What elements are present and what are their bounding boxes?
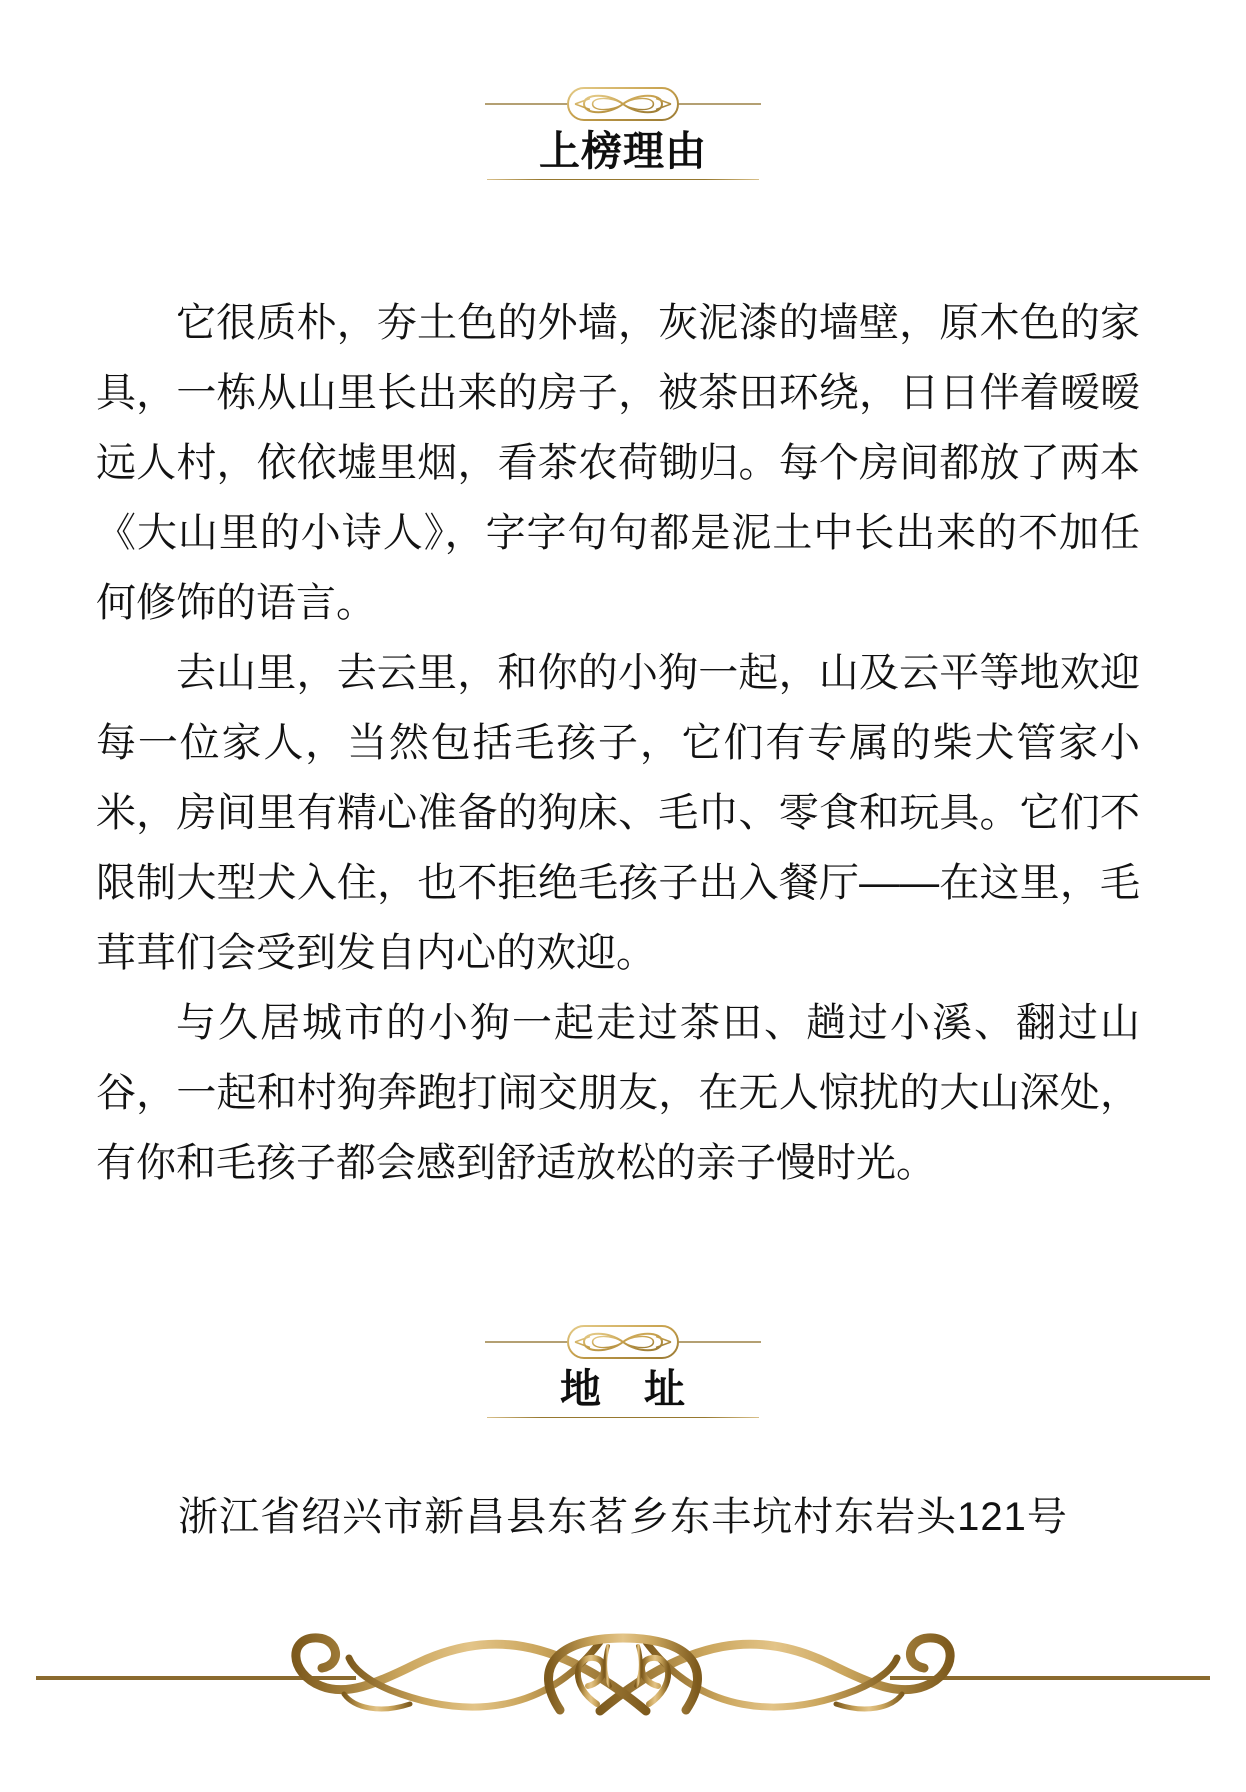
reason-section-title: 上榜理由 xyxy=(0,128,1246,174)
flourish-icon xyxy=(0,1616,1246,1732)
knot-ornament-icon xyxy=(483,82,763,126)
address-section-title: 地 址 xyxy=(0,1366,1246,1412)
reason-paragraph-2: 去山里，去云里，和你的小狗一起，山及云平等地欢迎每一位家人，当然包括毛孩子，它们… xyxy=(96,638,1140,988)
page-container: 上榜理由 它很质朴，夯土色的外墙，灰泥漆的墙壁，原木色的家具，一栋从山里长出来的… xyxy=(0,0,1246,1792)
reason-article: 它很质朴，夯土色的外墙，灰泥漆的墙壁，原木色的家具，一栋从山里长出来的房子，被茶… xyxy=(96,288,1140,1198)
knot-ornament-icon xyxy=(483,1320,763,1364)
gold-underline xyxy=(487,179,759,180)
reason-paragraph-3: 与久居城市的小狗一起走过茶田、趟过小溪、翻过山谷，一起和村狗奔跑打闹交朋友，在无… xyxy=(96,988,1140,1198)
address-section-header: 地 址 xyxy=(0,1320,1246,1418)
address-text: 浙江省绍兴市新昌县东茗乡东丰坑村东岩头121号 xyxy=(0,1482,1246,1552)
reason-paragraph-1: 它很质朴，夯土色的外墙，灰泥漆的墙壁，原木色的家具，一栋从山里长出来的房子，被茶… xyxy=(96,288,1140,638)
reason-section-header: 上榜理由 xyxy=(0,82,1246,180)
gold-underline xyxy=(487,1417,759,1418)
